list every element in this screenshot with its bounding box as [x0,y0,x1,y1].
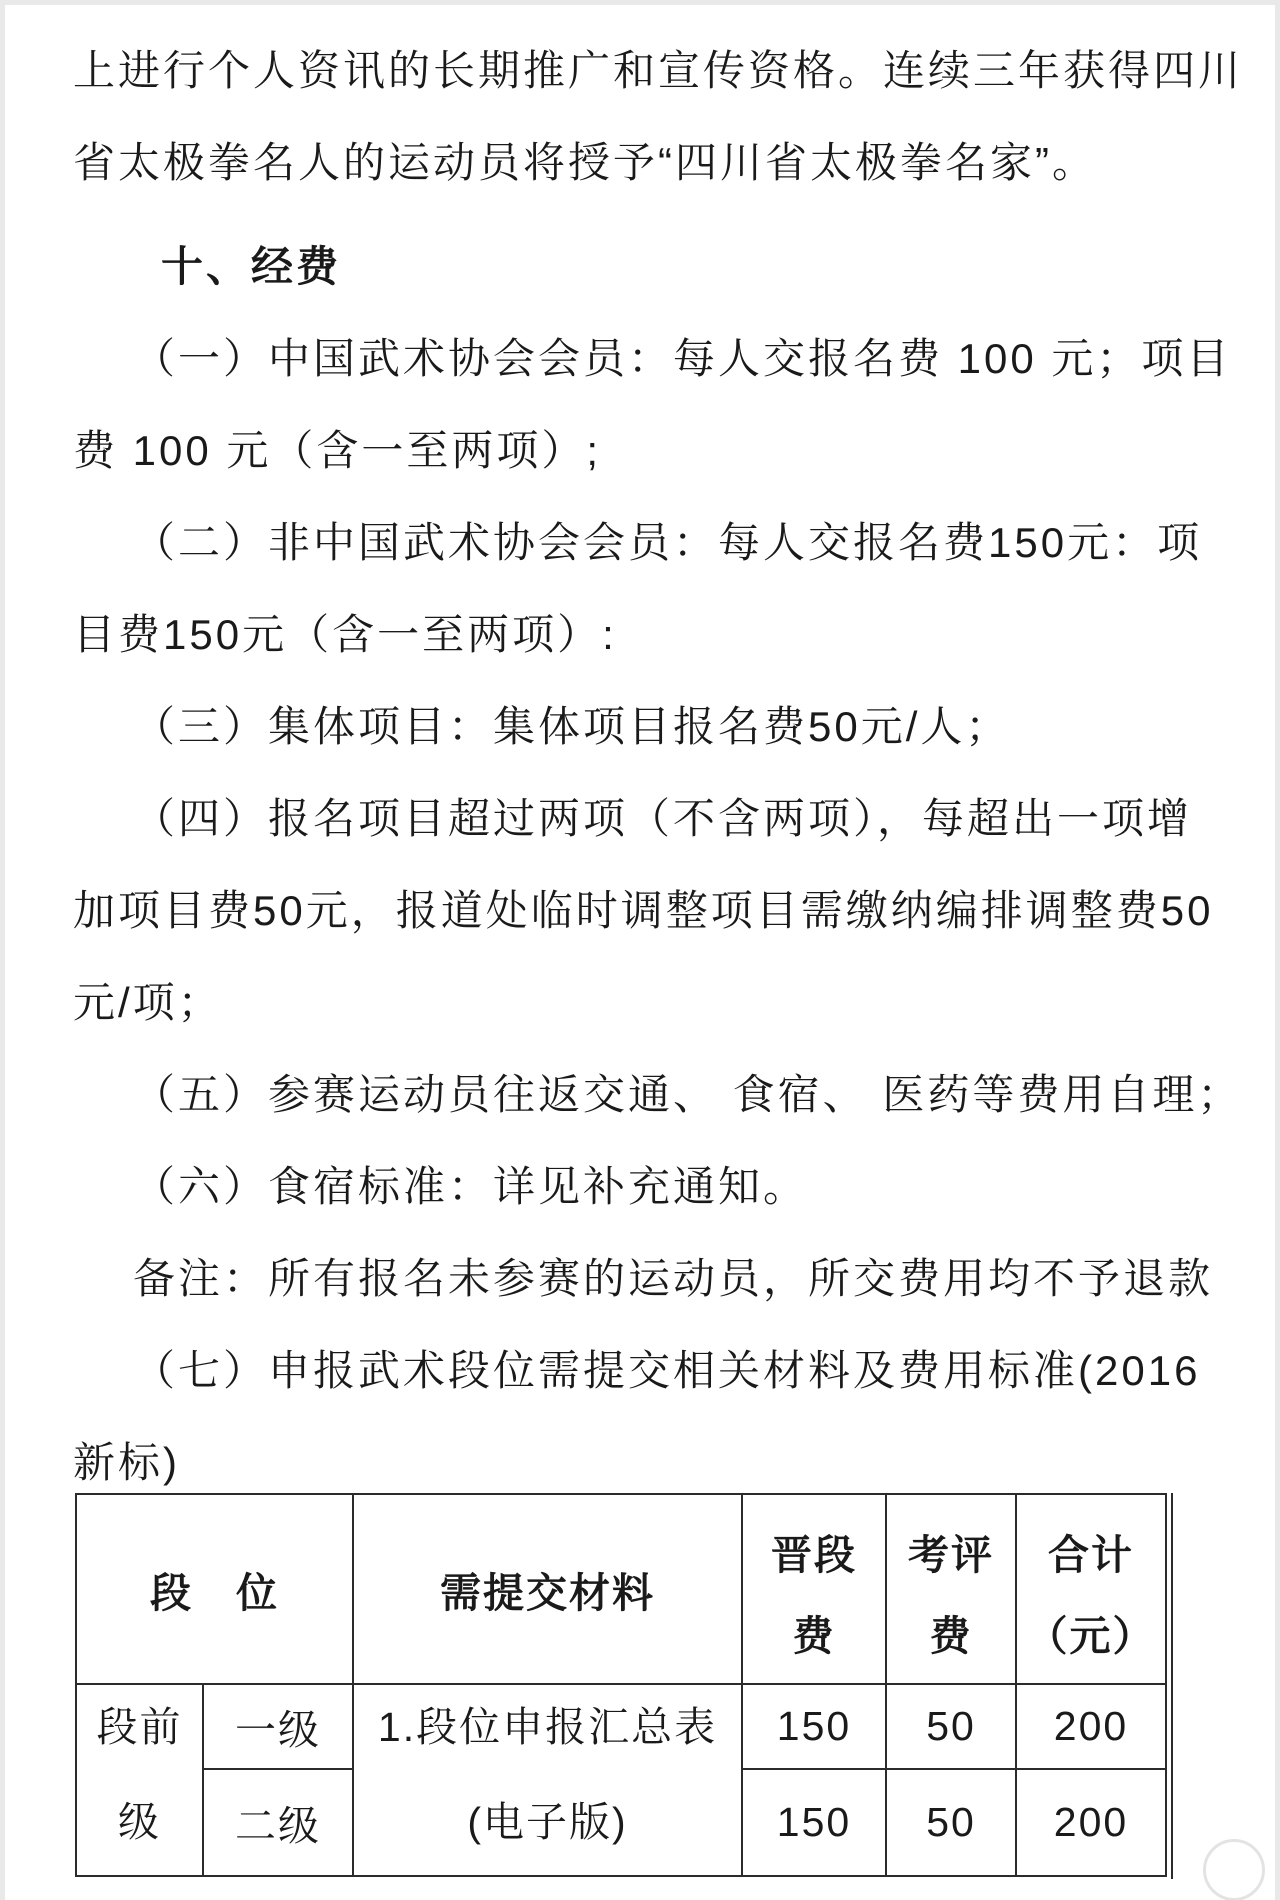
document-body: 上进行个人资讯的长期推广和宣传资格。连续三年获得四川 省太极拳名人的运动员将授予… [73,5,1215,1509]
table-row: 段前 级 一级 1.段位申报汇总表 (电子版) 150 50 200 [76,1684,1166,1769]
cell-total: 200 [1016,1769,1166,1876]
doc-line: 加项目费50元，报道处临时调整项目需缴纳编排调整费50 [73,865,1215,957]
header-exam-fee: 考评 费 [886,1494,1016,1684]
header-materials: 需提交材料 [353,1494,742,1684]
header-rank: 段 位 [76,1494,353,1684]
doc-line: 省太极拳名人的运动员将授予“四川省太极拳名家”。 [73,117,1215,209]
cell-rank: 一级 [203,1684,353,1769]
header-total-line2: （元） [1017,1616,1165,1657]
screenshot-viewport: 上进行个人资讯的长期推广和宣传资格。连续三年获得四川 省太极拳名人的运动员将授予… [0,0,1280,1900]
doc-line: （一）中国武术协会会员：每人交报名费 100 元；项目 [73,313,1215,405]
doc-line: （四）报名项目超过两项（不含两项），每超出一项增 [73,773,1215,865]
doc-line: （二）非中国武术协会会员：每人交报名费150元：项 [73,497,1215,589]
doc-line: 目费150元（含一至两项）: [73,589,1215,681]
doc-line: （六）食宿标准：详见补充通知。 [73,1141,1215,1233]
cell-materials: 1.段位申报汇总表 (电子版) [353,1684,742,1876]
cell-dan-fee: 150 [742,1769,886,1876]
fee-table: 段 位 需提交材料 晋段 费 考评 费 [75,1493,1167,1877]
header-dan-fee: 晋段 费 [742,1494,886,1684]
header-dan-fee-line2: 费 [743,1616,885,1657]
doc-line: （七）申报武术段位需提交相关材料及费用标准(2016 [73,1325,1215,1417]
doc-line: 元/项； [73,957,1215,1049]
cell-rank-group-line1: 段前 [77,1685,202,1769]
cell-rank-group-line2: 级 [77,1769,202,1875]
cell-rank: 二级 [203,1769,353,1876]
doc-line: 备注：所有报名未参赛的运动员，所交费用均不予退款 [73,1233,1215,1325]
cell-exam-fee: 50 [886,1769,1016,1876]
doc-line: 费 100 元（含一至两项）; [73,405,1215,497]
table-right-double-border [1171,1493,1173,1879]
header-exam-fee-line1: 考评 [887,1535,1015,1576]
header-exam-fee-line2: 费 [887,1616,1015,1657]
cell-rank-group: 段前 级 [76,1684,203,1876]
doc-line: 上进行个人资讯的长期推广和宣传资格。连续三年获得四川 [73,25,1215,117]
document-page: 上进行个人资讯的长期推广和宣传资格。连续三年获得四川 省太极拳名人的运动员将授予… [5,5,1275,1900]
doc-line: （三）集体项目：集体项目报名费50元/人； [73,681,1215,773]
cell-materials-line2: (电子版) [354,1769,741,1875]
doc-line: （五）参赛运动员往返交通、 食宿、 医药等费用自理； [73,1049,1215,1141]
cell-total: 200 [1016,1684,1166,1769]
fee-table-container: 段 位 需提交材料 晋段 费 考评 费 [75,1493,1167,1877]
header-total: 合计 （元） [1016,1494,1166,1684]
watermark-icon [1203,1839,1265,1900]
cell-materials-line1: 1.段位申报汇总表 [354,1685,741,1769]
cell-exam-fee: 50 [886,1684,1016,1769]
cell-dan-fee: 150 [742,1684,886,1769]
section-heading: 十、经费 [73,221,1215,313]
header-total-line1: 合计 [1017,1535,1165,1576]
header-dan-fee-line1: 晋段 [743,1535,885,1576]
